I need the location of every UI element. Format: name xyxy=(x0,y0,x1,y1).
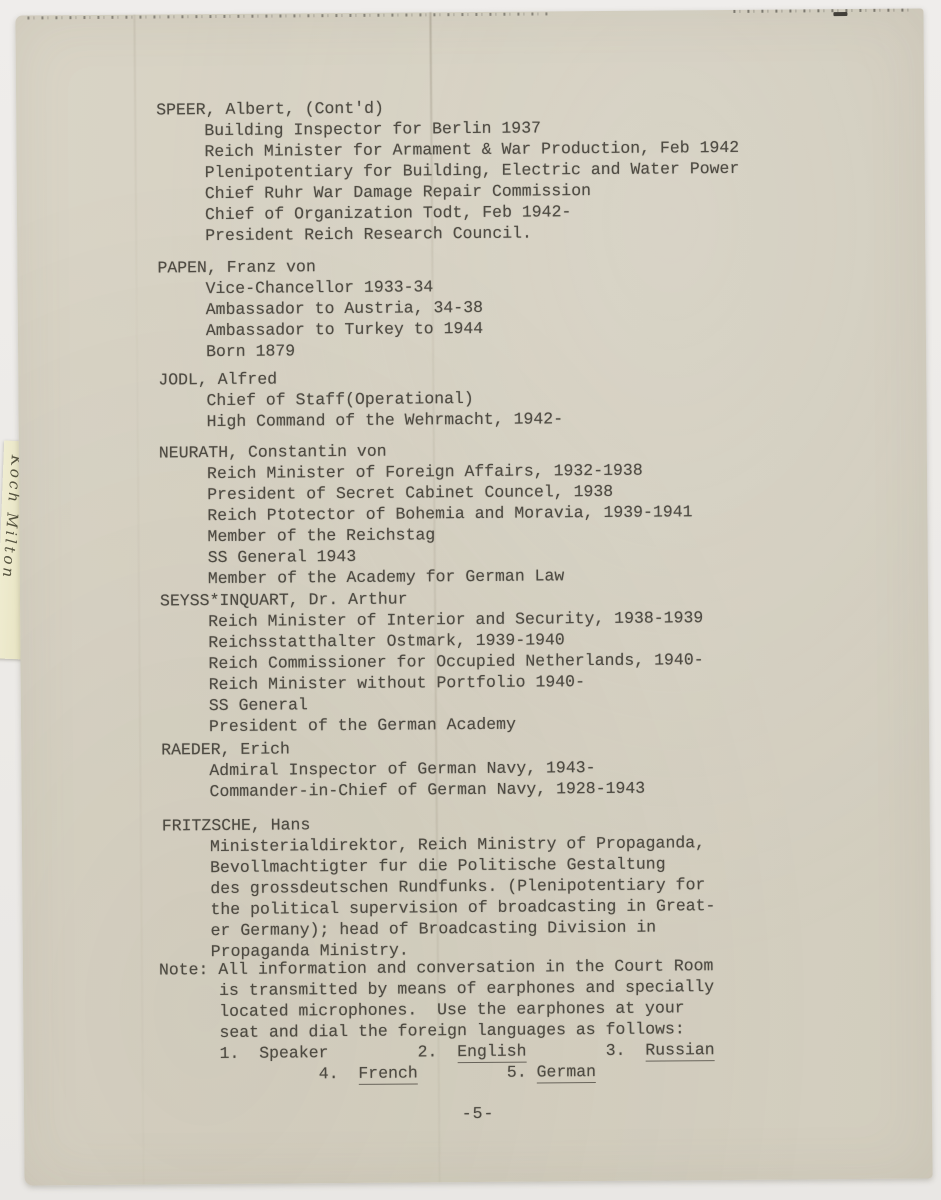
scan-background: Koch Milton SPEER, Albert, (Cont'd)Build… xyxy=(0,0,941,1200)
paper-top-edge-specks xyxy=(27,12,547,19)
note-label: Note: xyxy=(159,960,209,979)
dial-text: 3. xyxy=(526,1041,645,1061)
defendant-role-line: Born 1879 xyxy=(158,339,483,363)
defendant-role-line: Commander-in-Chief of German Navy, 1928-… xyxy=(161,778,645,803)
defendant-name: PAPEN, Franz von xyxy=(157,255,482,279)
defendant-role-line: Vice-Chancellor 1933-34 xyxy=(157,276,482,300)
defendant-role-line: Reich Minister of Interior and Security,… xyxy=(160,607,703,632)
defendant-role-line: Ambassador to Austria, 34-38 xyxy=(158,297,483,321)
defendant-role-line: President of the German Academy xyxy=(161,712,704,737)
dial-language: French xyxy=(358,1063,418,1084)
dial-text: 4. xyxy=(220,1064,359,1084)
dial-text: 5. xyxy=(418,1063,537,1083)
defendant-role-line: Reich Ptotector of Bohemia and Moravia, … xyxy=(159,501,692,526)
dial-language: Russian xyxy=(645,1040,714,1062)
defendant-entry: PAPEN, Franz vonVice-Chancellor 1933-34A… xyxy=(157,255,483,363)
note-text: All information and conversation in the … xyxy=(218,956,713,979)
dial-language: German xyxy=(537,1062,597,1083)
dial-line: 4. French 5. German xyxy=(160,1060,715,1085)
page-number: -5- xyxy=(24,1099,932,1127)
defendant-entry: NEURATH, Constantin vonReich Minister of… xyxy=(159,438,693,589)
fold-crease xyxy=(133,15,144,1185)
dial-line: 1. Speaker 2. English 3. Russian xyxy=(159,1039,714,1064)
paper-top-edge-mark xyxy=(833,12,847,16)
defendant-role-line: Reich Commissioner for Occupied Netherla… xyxy=(160,649,703,674)
defendant-role-line: er Germany); head of Broadcasting Divisi… xyxy=(163,916,716,941)
defendant-entry: JODL, AlfredChief of Staff(Operational)H… xyxy=(158,366,563,432)
defendant-role-line: President Reich Research Council. xyxy=(157,221,740,247)
defendant-entry: SPEER, Albert, (Cont'd)Building Inspecto… xyxy=(156,95,740,247)
defendant-role-line: Ambassador to Turkey to 1944 xyxy=(158,318,483,342)
defendant-entry: SEYSS*INQUART, Dr. ArthurReich Minister … xyxy=(160,586,704,737)
defendant-role-line: Member of the Academy for German Law xyxy=(160,564,693,589)
paper-top-edge-specks xyxy=(733,9,915,13)
dial-text: 1. Speaker 2. xyxy=(220,1042,458,1063)
document-page: SPEER, Albert, (Cont'd)Building Inspecto… xyxy=(15,8,932,1185)
dial-language: English xyxy=(457,1042,526,1064)
defendant-entry: RAEDER, ErichAdmiral Inspector of German… xyxy=(161,736,645,803)
defendant-role-line: High Command of the Wehrmacht, 1942- xyxy=(159,408,564,432)
court-room-note: Note: All information and conversation i… xyxy=(159,955,715,1085)
defendant-entry: FRITZSCHE, HansMinisterialdirektor, Reic… xyxy=(162,811,716,962)
